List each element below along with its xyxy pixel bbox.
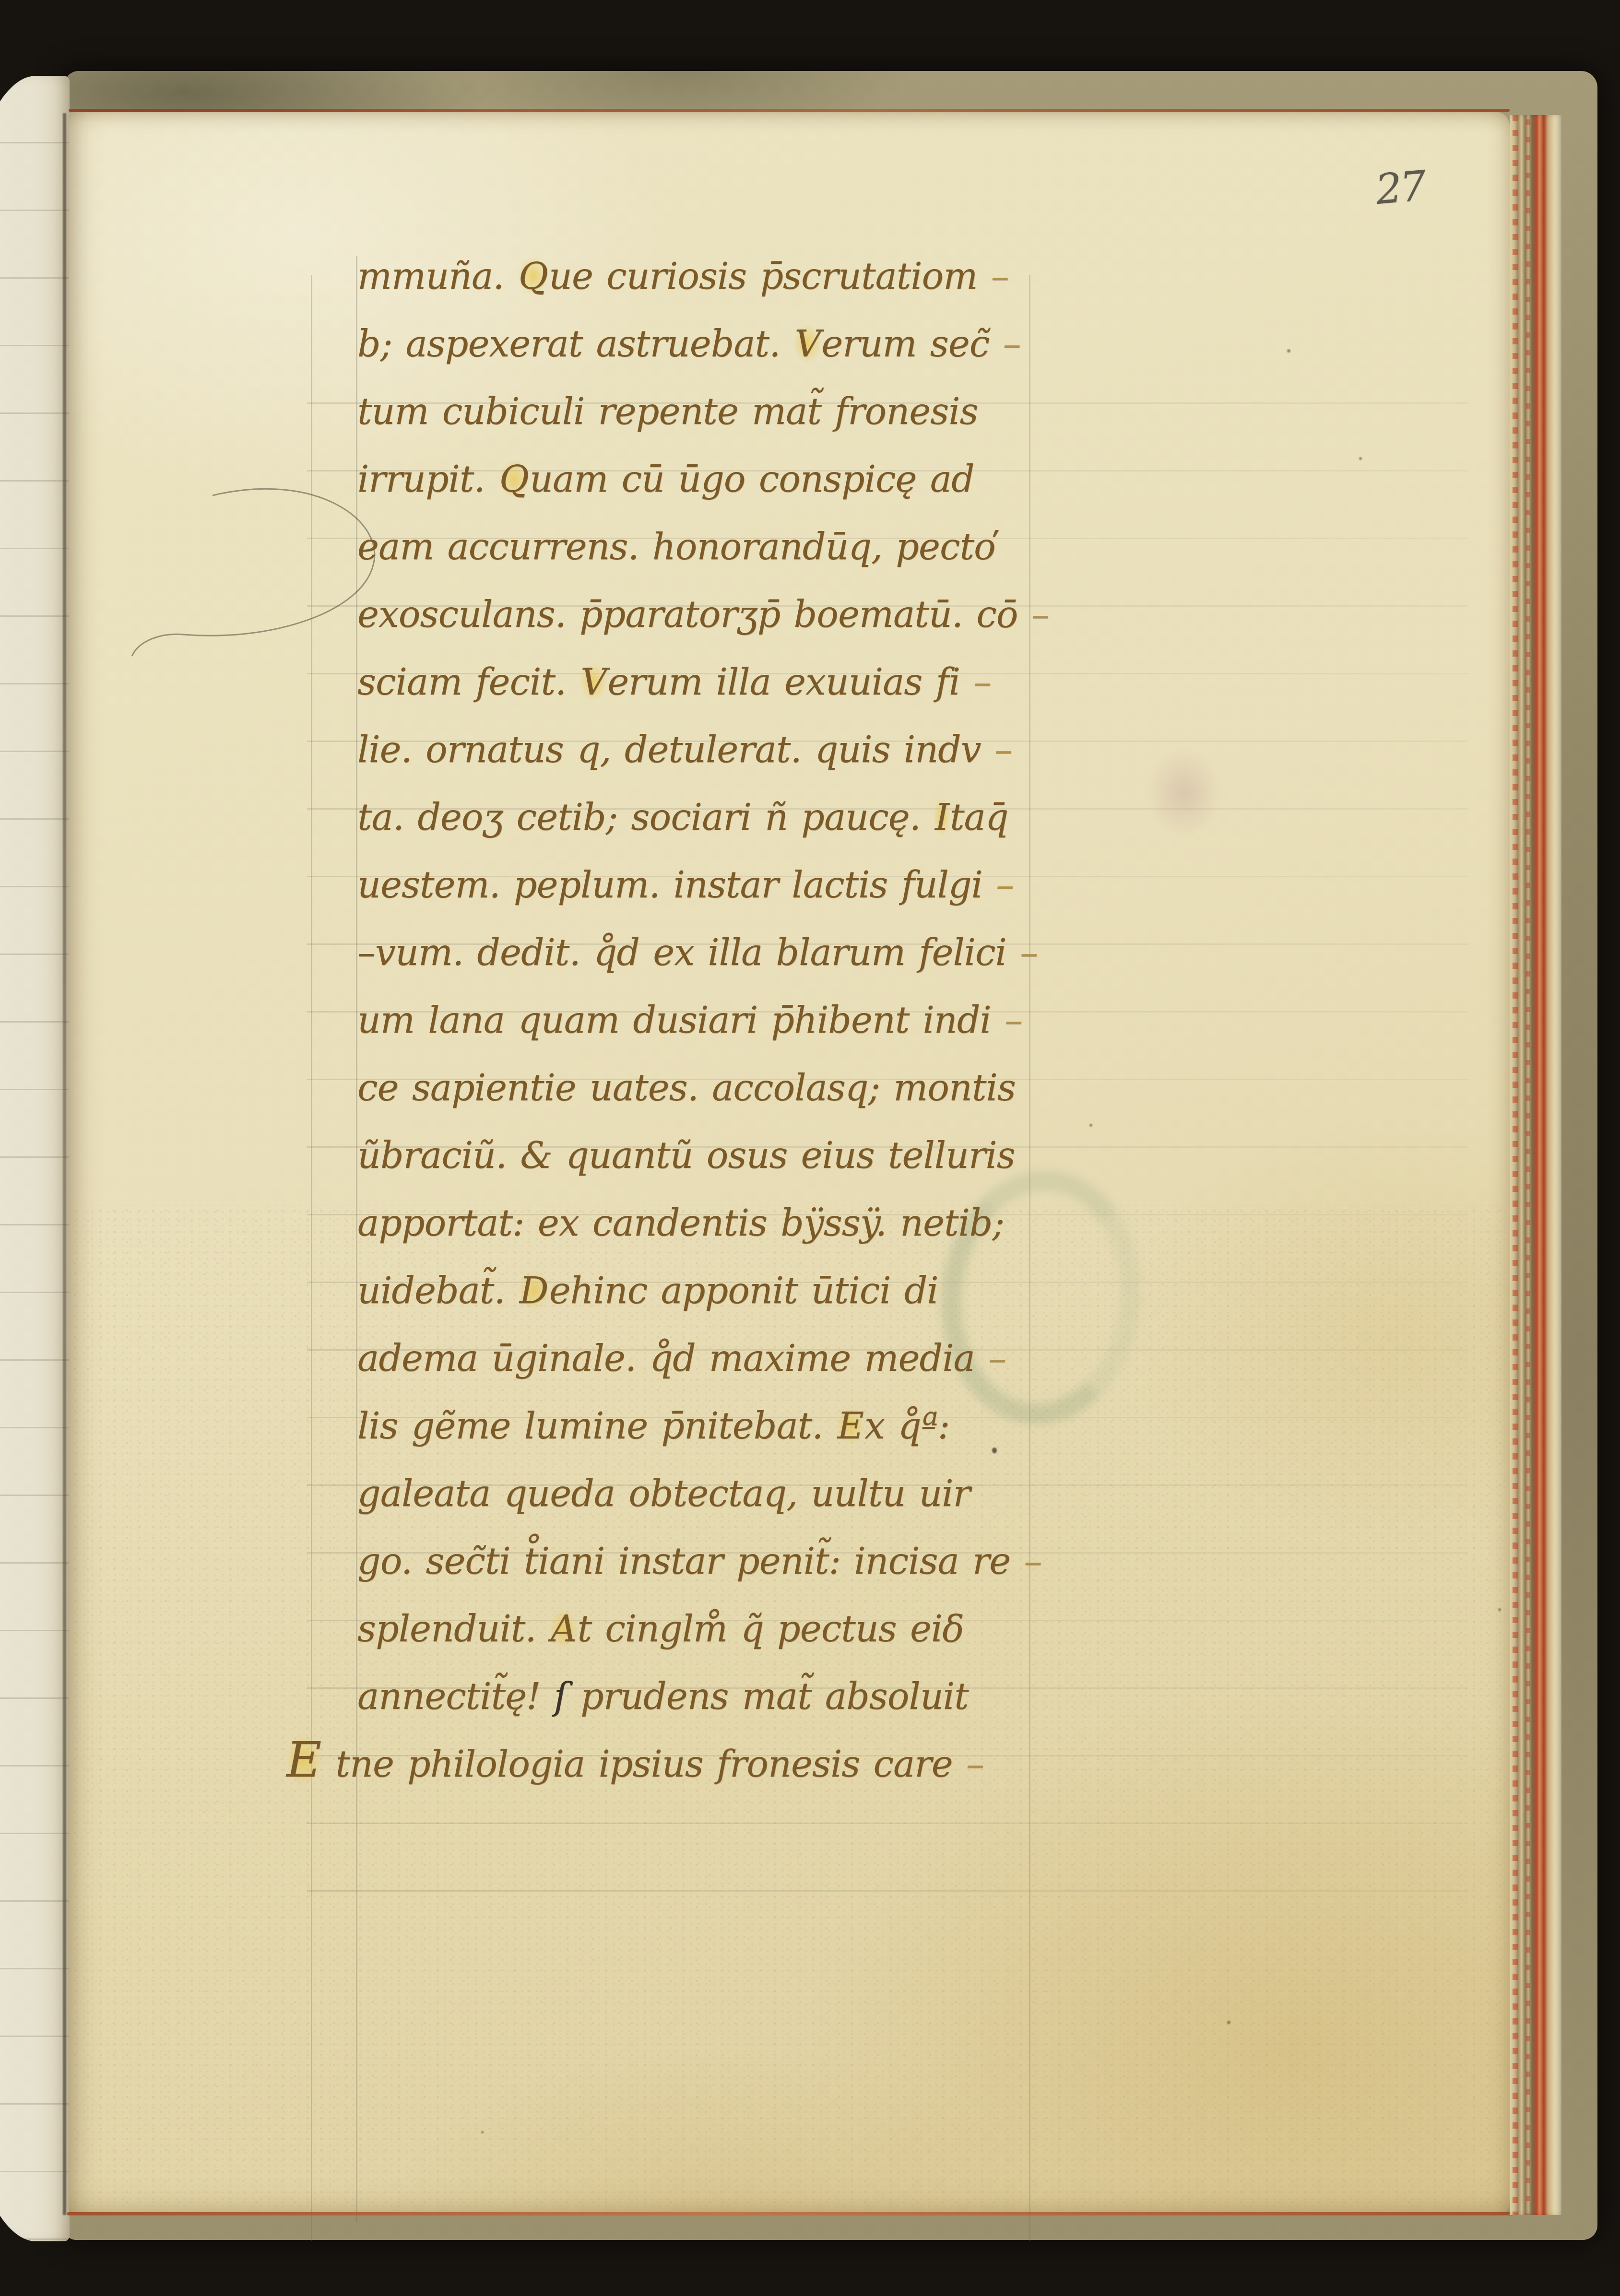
stain-spot xyxy=(1227,2021,1230,2024)
folio-number: 27 xyxy=(1374,162,1427,214)
manuscript-line: exosculans. p̄paratorʒp̄ boematū. cō – xyxy=(357,580,1144,648)
text-segment: – xyxy=(953,1743,984,1785)
text-segment: lie. ornatus q, detulerat. quis indv xyxy=(357,728,981,771)
manuscript-line: b; aspexerat astruebat. Verum sec̃ – xyxy=(357,310,1144,377)
text-segment: tne philologia ipsius fronesis care xyxy=(322,1743,952,1785)
manuscript-line: annectit̃ę! ſ prudens mat̃ absoluit xyxy=(357,1662,1144,1730)
gutter-shadow xyxy=(63,113,66,2215)
manuscript-line: lis gẽme lumine p̄nitebat. Ex q̊ª: xyxy=(357,1392,1144,1460)
manuscript-line: sciam fecit. Verum illa exuuias fi – xyxy=(357,648,1144,716)
text-segment: – xyxy=(975,1337,1006,1379)
text-segment: ũbraciũ. & quantũ osus eius telluris xyxy=(357,1134,1015,1177)
text-segment: eam accurrens. honorandūq, pecto̕ xyxy=(357,525,995,568)
text-segment: x q̊ª: xyxy=(864,1404,949,1447)
text-segment: prudens mat̃ absoluit xyxy=(567,1675,969,1718)
stain-spot xyxy=(481,2131,484,2133)
manuscript-line: apportat: ex candentis bÿssÿ. netib; xyxy=(357,1189,1144,1257)
manuscript-line: irrupit. Quam cū ūgo conspicę ad xyxy=(357,445,1144,513)
text-segment: galeata queda obtectaq, uultu uir xyxy=(357,1472,970,1515)
text-segment: uestem. peplum. instar lactis fulgi xyxy=(357,863,982,906)
manuscript-line: –vum. dedit. q̊d ex illa blarum felici – xyxy=(357,918,1144,986)
text-segment: annectit̃ę! xyxy=(357,1675,554,1718)
red-speckle-column xyxy=(1513,115,1518,2215)
text-segment: go. sec̃ti t̊iani instar penit̃: incisa … xyxy=(357,1540,1010,1582)
text-segment: irrupit. xyxy=(357,458,498,500)
red-stained-bottom-edge xyxy=(67,2212,1513,2215)
facing-page-edge xyxy=(0,76,70,2241)
fore-edge-leaf-stack xyxy=(1510,115,1561,2215)
manuscript-line: go. sec̃ti t̊iani instar penit̃: incisa … xyxy=(357,1527,1144,1595)
manuscript-line: adema ūginale. q̊d maxime media – xyxy=(357,1324,1144,1392)
text-segment: – xyxy=(1006,931,1038,974)
text-segment: ta. deoʒ cetib; sociari ñ paucę. xyxy=(357,796,934,838)
highlighted-capital: V xyxy=(578,659,609,704)
manuscript-line: splenduit. At cinglm̊ q̃ pectus eiδ xyxy=(357,1595,1144,1662)
manuscript-line: ce sapientie uates. accolasq; montis xyxy=(357,1054,1144,1121)
text-segment: – xyxy=(977,255,1008,297)
text-segment: exosculans. p̄paratorʒp̄ boematū. cō xyxy=(357,593,1017,636)
stain-spot xyxy=(1359,457,1362,460)
text-segment: uidebat̃. xyxy=(357,1269,519,1312)
red-stained-top-edge xyxy=(69,109,1510,112)
text-segment: sciam fecit. xyxy=(357,660,579,703)
manuscript-line: lie. ornatus q, detulerat. quis indv – xyxy=(357,716,1144,783)
stain-spot xyxy=(1287,349,1290,353)
manuscript-line: ũbraciũ. & quantũ osus eius telluris xyxy=(357,1121,1144,1189)
text-block: mmuña. Que curiosis p̄scrutatiom –b; asp… xyxy=(357,242,1144,1798)
highlighted-capital: E xyxy=(284,1731,324,1789)
highlighted-capital: E xyxy=(835,1403,866,1448)
text-segment: ehinc apponit ūtici di xyxy=(549,1269,938,1312)
text-segment: erum sec̃ xyxy=(821,322,989,365)
text-segment: ue curiosis p̄scrutatiom xyxy=(549,255,977,297)
text-segment: – xyxy=(982,863,1014,906)
manuscript-line: tum cubiculi repente mat̃ fronesis xyxy=(357,377,1144,445)
text-segment: apportat: ex candentis bÿssÿ. netib; xyxy=(357,1201,1004,1244)
text-segment: mmuña. xyxy=(357,255,518,297)
text-segment: t cinglm̊ q̃ pectus eiδ xyxy=(578,1607,964,1650)
text-segment: – xyxy=(1010,1540,1041,1582)
text-segment: ſ xyxy=(554,1675,567,1718)
manuscript-line: uestem. peplum. instar lactis fulgi – xyxy=(357,851,1144,918)
text-segment: – xyxy=(1017,593,1049,636)
text-segment: b; aspexerat astruebat. xyxy=(357,322,793,365)
red-speckle-column xyxy=(1526,115,1530,2215)
text-segment: ce sapientie uates. accolasq; montis xyxy=(357,1066,1016,1109)
manuscript-line: uidebat̃. Dehinc apponit ūtici di xyxy=(357,1257,1144,1324)
manuscript-line: galeata queda obtectaq, uultu uir xyxy=(357,1460,1144,1527)
text-segment: adema ūginale. q̊d maxime media xyxy=(357,1337,975,1379)
text-segment: um lana quam dusiari p̄hibent indi xyxy=(357,999,991,1041)
text-segment: splenduit. xyxy=(357,1607,550,1650)
highlighted-capital: I xyxy=(932,795,952,839)
text-segment: uam cū ūgo conspicę ad xyxy=(530,458,974,500)
text-segment: – xyxy=(991,999,1022,1041)
text-segment: – xyxy=(989,322,1020,365)
highlighted-capital: Q xyxy=(516,254,551,298)
text-segment: – xyxy=(981,728,1012,771)
manuscript-line: mmuña. Que curiosis p̄scrutatiom – xyxy=(357,242,1144,310)
text-segment: tum cubiculi repente mat̃ fronesis xyxy=(357,390,978,433)
manuscript-line: um lana quam dusiari p̄hibent indi – xyxy=(357,986,1144,1054)
text-segment: –vum. dedit. q̊d ex illa blarum felici xyxy=(357,931,1006,974)
highlighted-capital: A xyxy=(548,1606,579,1651)
text-segment: erum illa exuuias fi xyxy=(607,660,960,703)
text-segment: taq̄ xyxy=(950,796,1008,838)
text-segment: – xyxy=(960,660,991,703)
manuscript-line: ta. deoʒ cetib; sociari ñ paucę. Itaq̄ xyxy=(357,783,1144,851)
highlighted-capital: D xyxy=(517,1268,551,1313)
highlighted-capital: V xyxy=(792,321,823,366)
highlighted-capital: Q xyxy=(497,457,532,501)
text-segment: lis gẽme lumine p̄nitebat. xyxy=(357,1404,837,1447)
manuscript-line: eam accurrens. honorandūq, pecto̕ xyxy=(357,513,1144,580)
manuscript-line: E tne philologia ipsius fronesis care – xyxy=(285,1730,1144,1798)
purple-stain xyxy=(1136,735,1232,850)
stain-spot xyxy=(1498,1608,1501,1611)
